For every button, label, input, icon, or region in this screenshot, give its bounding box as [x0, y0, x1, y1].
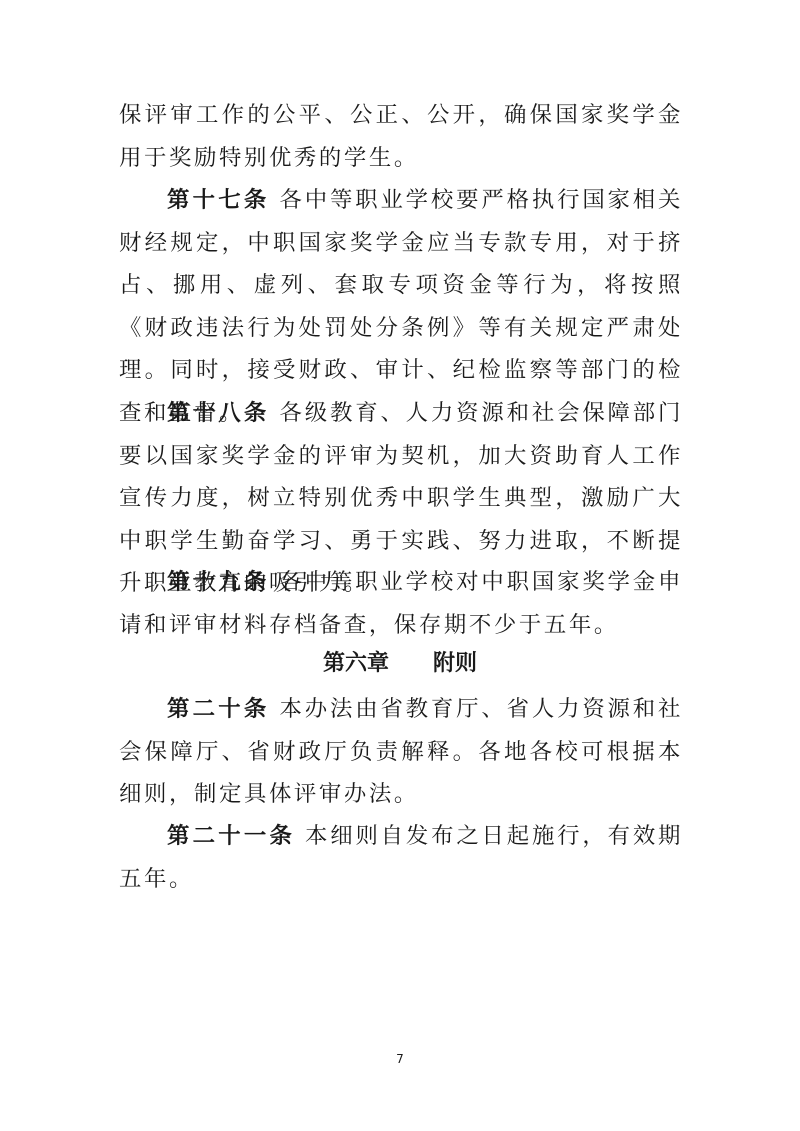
- paragraph-continuation: 保评审工作的公平、公正、公开，确保国家奖学金用于奖励特别优秀的学生。: [119, 94, 683, 179]
- article-20: 第二十条 本办法由省教育厅、省人力资源和社会保障厅、省财政厅负责解释。各地各校可…: [119, 688, 683, 816]
- document-page: 保评审工作的公平、公正、公开，确保国家奖学金用于奖励特别优秀的学生。 第十七条 …: [0, 0, 800, 1131]
- chapter-title: 附则: [433, 651, 477, 676]
- article-label: 第二十一条: [167, 823, 295, 849]
- article-label: 第二十条: [167, 696, 270, 722]
- chapter-heading: 第六章附则: [0, 646, 800, 677]
- article-label: 第十九条: [167, 569, 270, 595]
- paragraph-text: 保评审工作的公平、公正、公开，确保国家奖学金用于奖励特别优秀的学生。: [119, 102, 683, 171]
- article-label: 第十八条: [167, 400, 270, 426]
- chapter-number: 第六章: [323, 651, 389, 676]
- article-21: 第二十一条 本细则自发布之日起施行，有效期五年。: [119, 815, 683, 900]
- page-number: 7: [0, 1052, 800, 1066]
- article-label: 第十七条: [167, 187, 270, 213]
- article-text: 各中等职业学校要严格执行国家相关财经规定，中职国家奖学金应当专款专用，对于挤占、…: [119, 187, 683, 426]
- article-19: 第十九条 各中等职业学校对中职国家奖学金申请和评审材料存档备查，保存期不少于五年…: [119, 561, 683, 646]
